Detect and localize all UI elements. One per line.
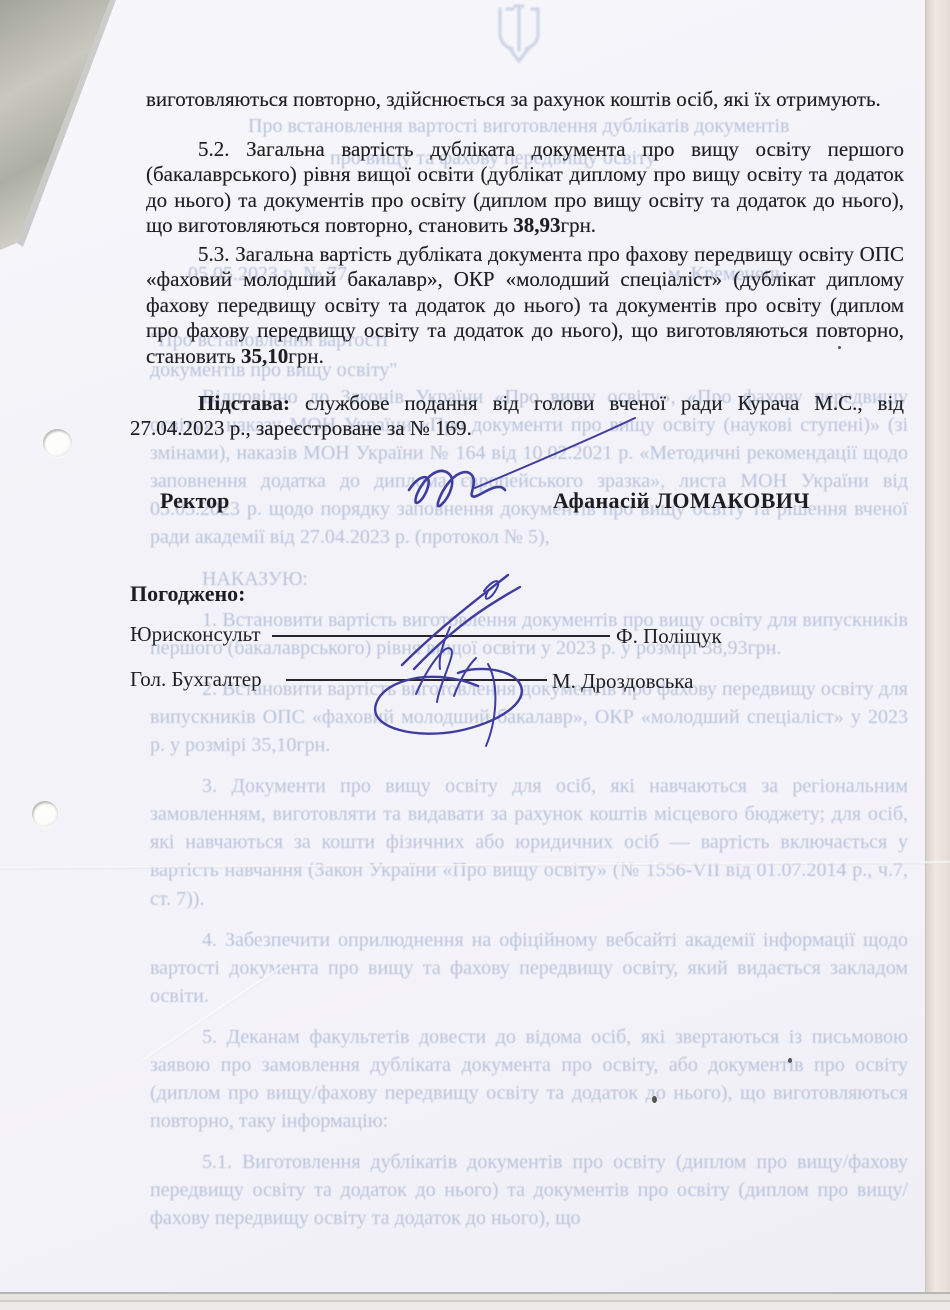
agreed-label: Погоджено:	[130, 581, 245, 607]
p53-amount: 35,10	[241, 344, 288, 368]
signature-line	[286, 679, 547, 681]
approver-title: Гол. Бухгалтер	[130, 667, 262, 692]
ink-speck	[788, 1058, 792, 1063]
punch-hole	[32, 801, 58, 827]
paragraph-basis: Підстава: службове подання від голови вч…	[130, 391, 904, 442]
bleed-paragraph: 2. Встановити вартість виготовлення доку…	[150, 675, 908, 759]
approver-title: Юрисконсульт	[130, 622, 261, 647]
p53-currency: грн.	[288, 344, 324, 368]
paragraph-continuation: виготовляються повторно, здійснюється за…	[146, 87, 904, 112]
bleed-paragraph: 3. Документи про вищу освіту для осіб, я…	[150, 772, 908, 912]
page-right-edge	[925, 0, 950, 1310]
rector-name: Афанасій ЛОМАКОВИЧ	[553, 488, 810, 514]
ink-speck	[652, 1096, 657, 1103]
p52-amount: 38,93	[513, 213, 560, 237]
signature-line	[272, 635, 610, 637]
bleed-paragraph: 5. Деканам факультетів довести до відома…	[150, 1023, 908, 1135]
p52-currency: грн.	[560, 213, 596, 237]
paragraph-5-2: 5.2. Загальна вартість дубліката докумен…	[146, 137, 904, 239]
ink-speck	[838, 346, 841, 349]
continuation-text: виготовляються повторно, здійснюється за…	[146, 87, 881, 111]
rector-signature-row: Ректор Афанасій ЛОМАКОВИЧ	[0, 488, 950, 518]
page-bottom-edge	[0, 1292, 950, 1310]
basis-label: Підстава:	[198, 391, 290, 415]
bleed-paragraph: 5.1. Виготовлення дублікатів документів …	[150, 1148, 908, 1232]
scanned-document-page: Відповідно до Законів України «Про вищу …	[0, 0, 950, 1310]
bleed-paragraph: 1. Встановити вартість виготовлення доку…	[150, 606, 908, 662]
approver-name: М. Дроздовська	[552, 669, 694, 694]
approver-name: Ф. Поліщук	[616, 624, 722, 649]
paragraph-5-3: 5.3. Загальна вартість дубліката докумен…	[146, 242, 904, 369]
tryzub-watermark-icon	[488, 4, 550, 64]
punch-hole	[43, 429, 72, 457]
bleed-paragraph: НАКАЗУЮ:	[150, 565, 908, 593]
bleed-paragraph: 4. Забезпечити оприлюднення на офіційном…	[150, 926, 908, 1010]
rector-title: Ректор	[160, 488, 229, 514]
bleed-fragment: Про встановлення вартості виготовлення д…	[248, 114, 823, 138]
